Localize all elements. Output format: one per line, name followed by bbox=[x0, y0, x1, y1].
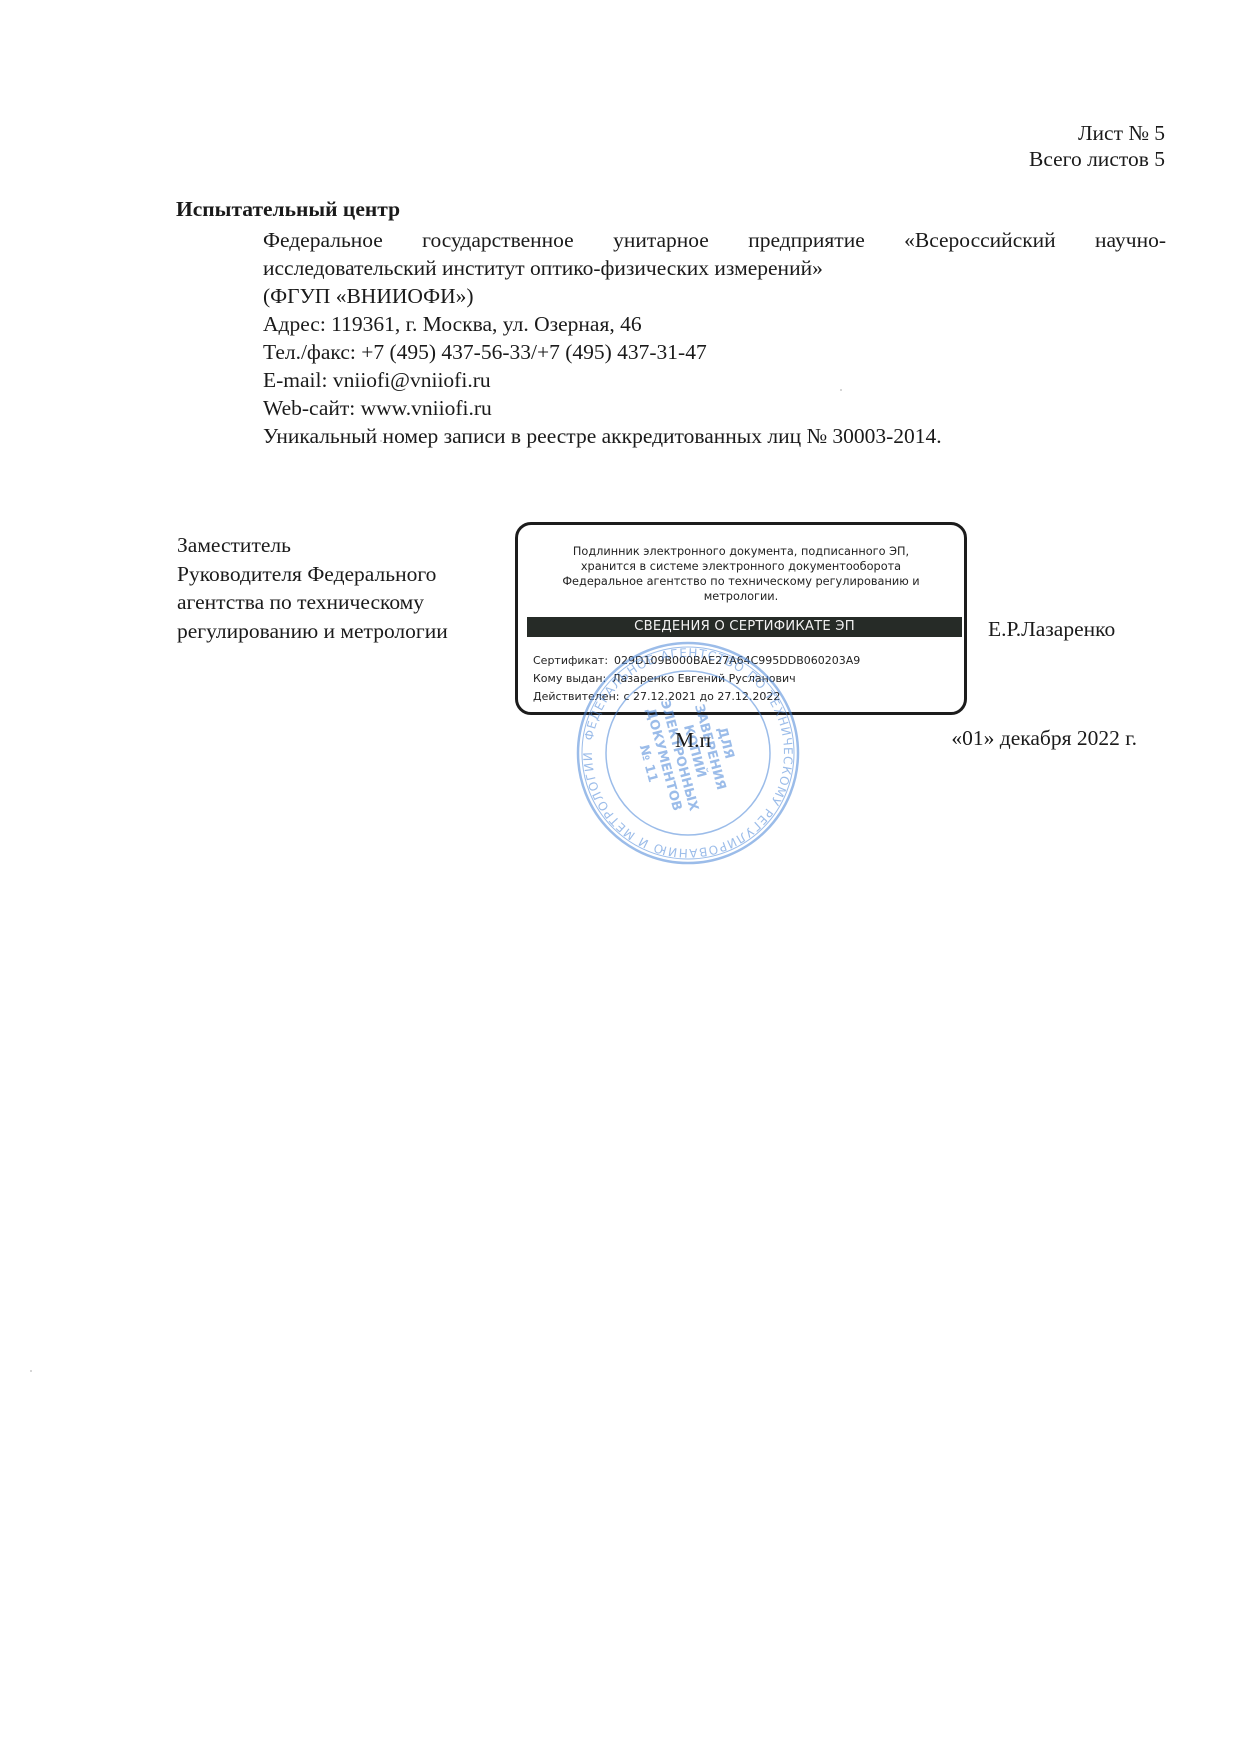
notice-line: метрологии. bbox=[518, 589, 964, 604]
org-name-line-2: исследовательский институт оптико-физиче… bbox=[263, 254, 1166, 282]
org-registry-number: Уникальный номер записи в реестре аккред… bbox=[263, 422, 1166, 450]
scan-artifact bbox=[380, 440, 382, 442]
official-seal-icon: ФЕДЕРАЛЬНОЕ АГЕНТСТВО ПО ТЕХНИЧЕСКОМУ РЕ… bbox=[573, 638, 803, 868]
testing-center-details: Федеральное государственное унитарное пр… bbox=[263, 226, 1166, 450]
scan-artifact bbox=[30, 1370, 32, 1372]
org-website: Web-сайт: www.vniiofi.ru bbox=[263, 394, 1166, 422]
org-email: E-mail: vniiofi@vniiofi.ru bbox=[263, 366, 1166, 394]
certificate-info-heading: СВЕДЕНИЯ О СЕРТИФИКАТЕ ЭП bbox=[527, 617, 962, 637]
total-sheets: Всего листов 5 bbox=[1029, 146, 1165, 172]
position-line: регулированию и метрологии bbox=[177, 617, 448, 646]
org-name-line-1: Федеральное государственное унитарное пр… bbox=[263, 226, 1166, 254]
seal-place-label: М.п bbox=[675, 728, 711, 753]
sheet-info: Лист № 5 Всего листов 5 bbox=[1029, 120, 1165, 172]
position-line: Руководителя Федерального bbox=[177, 560, 448, 589]
org-phone-fax: Тел./факс: +7 (495) 437-56-33/+7 (495) 4… bbox=[263, 338, 1166, 366]
sheet-number: Лист № 5 bbox=[1029, 120, 1165, 146]
stamp-notice: Подлинник электронного документа, подпис… bbox=[518, 544, 964, 604]
position-line: агентства по техническому bbox=[177, 588, 448, 617]
org-short-name: (ФГУП «ВНИИОФИ») bbox=[263, 282, 1166, 310]
notice-line: Подлинник электронного документа, подпис… bbox=[518, 544, 964, 559]
notice-line: Федеральное агентство по техническому ре… bbox=[518, 574, 964, 589]
org-address: Адрес: 119361, г. Москва, ул. Озерная, 4… bbox=[263, 310, 1166, 338]
position-line: Заместитель bbox=[177, 531, 448, 560]
signer-position: Заместитель Руководителя Федерального аг… bbox=[177, 531, 448, 646]
notice-line: хранится в системе электронного документ… bbox=[518, 559, 964, 574]
testing-center-title: Испытательный центр bbox=[176, 197, 400, 222]
signer-name: Е.Р.Лазаренко bbox=[988, 617, 1115, 642]
scan-artifact bbox=[840, 389, 842, 391]
signing-date: «01» декабря 2022 г. bbox=[951, 726, 1137, 751]
